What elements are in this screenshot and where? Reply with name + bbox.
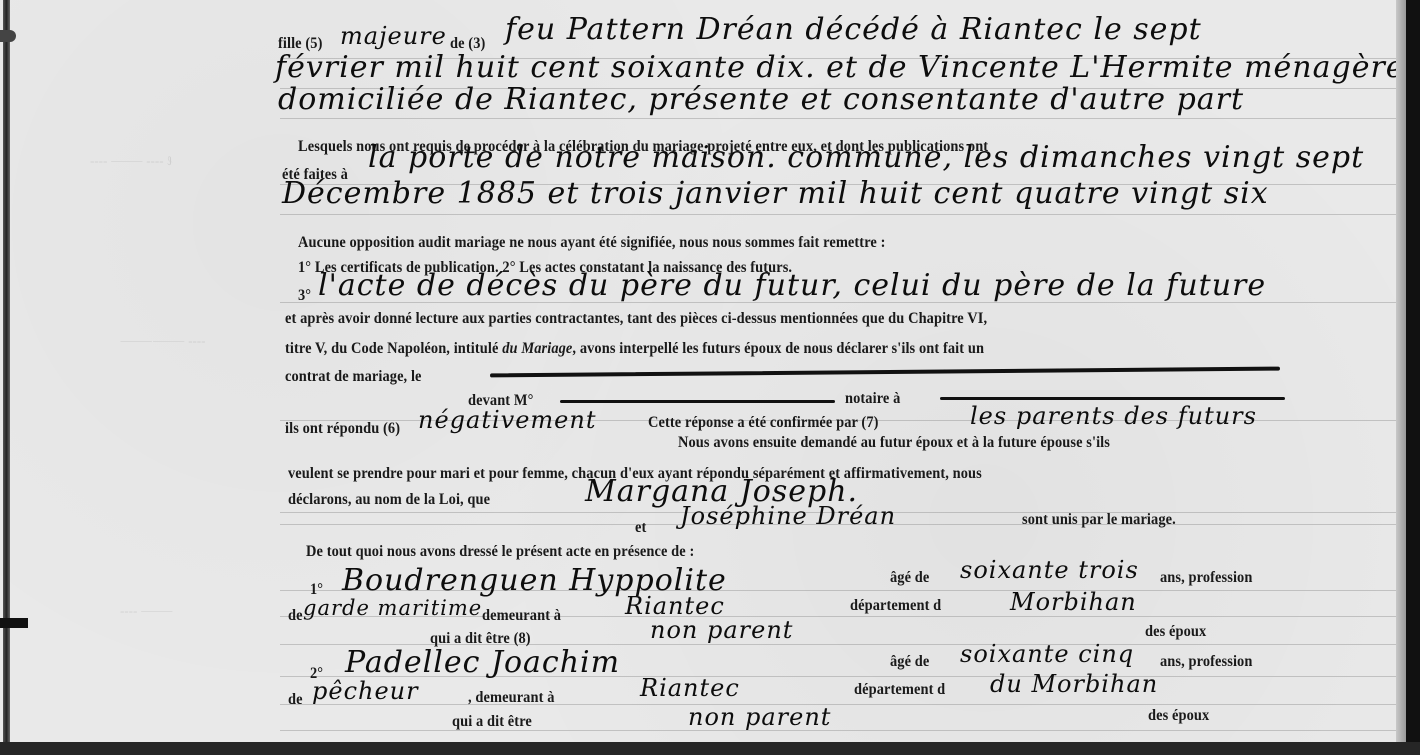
printed-du-mariage: du Mariage (502, 340, 572, 357)
handwritten-w2-dept: du Morbihan (990, 670, 1158, 698)
printed-item3: 3° (298, 287, 311, 305)
printed-lecture-1: et après avoir donné lecture aux parties… (285, 310, 987, 328)
ruled-line (280, 730, 1396, 731)
handwritten-pub-dates: Décembre 1885 et trois janvier mil huit … (282, 176, 1269, 211)
page-binding-edge (3, 0, 10, 742)
handwritten-acte3: l'acte de décès du père du futur, celui … (318, 268, 1266, 303)
printed-w1-demeurant: demeurant à (482, 607, 561, 625)
printed-w1-des-epoux: des époux (1145, 623, 1206, 641)
handwritten-confirmed-by: les parents des futurs (970, 402, 1257, 430)
handwritten-w1-dept: Morbihan (1010, 588, 1137, 616)
printed-w2-de: de (288, 691, 303, 709)
printed-confirmee: Cette réponse a été confirmée par (7) (648, 414, 879, 432)
viewer-right-border (1406, 0, 1420, 755)
printed-lecture-2c: , avons interpellé les futurs époux de n… (572, 340, 984, 357)
ruled-line (280, 118, 1396, 119)
bleed-through-text: ---- ⸻⸻ (120, 330, 205, 349)
printed-lecture-2: titre V, du Code Napoléon, intitulé du M… (285, 340, 984, 358)
viewer-bottom-bar (0, 742, 1420, 755)
handwritten-line2: février mil huit cent soixante dix. et d… (275, 50, 1405, 85)
handwritten-w2-relation: non parent (688, 703, 831, 731)
binding-clip (0, 30, 16, 42)
printed-demande: Nous avons ensuite demandé au futur épou… (678, 434, 1110, 452)
printed-unis: sont unis par le mariage. (1022, 511, 1176, 529)
handwritten-status: majeure (340, 22, 447, 50)
handwritten-w1-profession: garde maritime (303, 596, 482, 620)
handwritten-father: feu Pattern Dréan décédé à Riantec le se… (505, 12, 1202, 47)
handwritten-w2-town: Riantec (640, 674, 740, 702)
printed-declarons: déclarons, au nom de la Loi, que (288, 491, 490, 509)
printed-presence: De tout quoi nous avons dressé le présen… (306, 543, 694, 561)
bleed-through-text: ⸻ ---- (120, 600, 173, 619)
printed-w1-de: de (288, 607, 303, 625)
page-right-edge-shadow (1396, 0, 1406, 742)
handwritten-w2-name: Padellec Joachim (345, 645, 620, 680)
handwritten-pub-place: la porte de notre maison. commune, les d… (368, 140, 1364, 175)
printed-w2-qui-dit: qui a dit être (452, 713, 532, 731)
handwritten-bride: Joséphine Dréan (680, 502, 896, 530)
printed-lecture-2a: titre V, du Code Napoléon, intitulé (285, 340, 499, 357)
printed-w1-departement: département d (850, 597, 941, 615)
ruled-line (280, 704, 1396, 705)
printed-w1-age-label: âgé de (890, 569, 929, 587)
printed-w2-demeurant: , demeurant à (468, 689, 554, 707)
handwritten-w1-age: soixante trois (960, 556, 1139, 584)
printed-et: et (635, 519, 646, 537)
handwritten-response: négativement (418, 406, 596, 434)
ruled-line (280, 214, 1396, 215)
printed-w1-ans-profession: ans, profession (1160, 569, 1252, 587)
handwritten-w2-profession: pêcheur (312, 677, 419, 705)
notary-name-blank-line (560, 400, 835, 403)
handwritten-w2-age: soixante cinq (960, 640, 1134, 668)
handwritten-line3: domiciliée de Riantec, présente et conse… (278, 82, 1244, 117)
register-page: ℓ ---- ⸻ ---- ---- ⸻⸻ ⸻ ---- fille (5) m… (0, 0, 1406, 742)
printed-w2-des-epoux: des époux (1148, 707, 1209, 725)
printed-repondu: ils ont répondu (6) (285, 420, 400, 438)
notary-place-blank-line (940, 397, 1285, 400)
printed-opposition: Aucune opposition audit mariage ne nous … (298, 234, 886, 252)
handwritten-w1-relation: non parent (650, 616, 793, 644)
printed-contrat: contrat de mariage, le (285, 368, 422, 386)
printed-w2-age-label: âgé de (890, 653, 929, 671)
printed-notaire: notaire à (845, 390, 900, 408)
contract-date-blank-line (490, 367, 1280, 378)
printed-w2-ans-profession: ans, profession (1160, 653, 1252, 671)
binding-clip (0, 618, 28, 628)
printed-w2-departement: département d (854, 681, 945, 699)
bleed-through-text: ℓ ---- ⸻ ---- (90, 150, 173, 169)
